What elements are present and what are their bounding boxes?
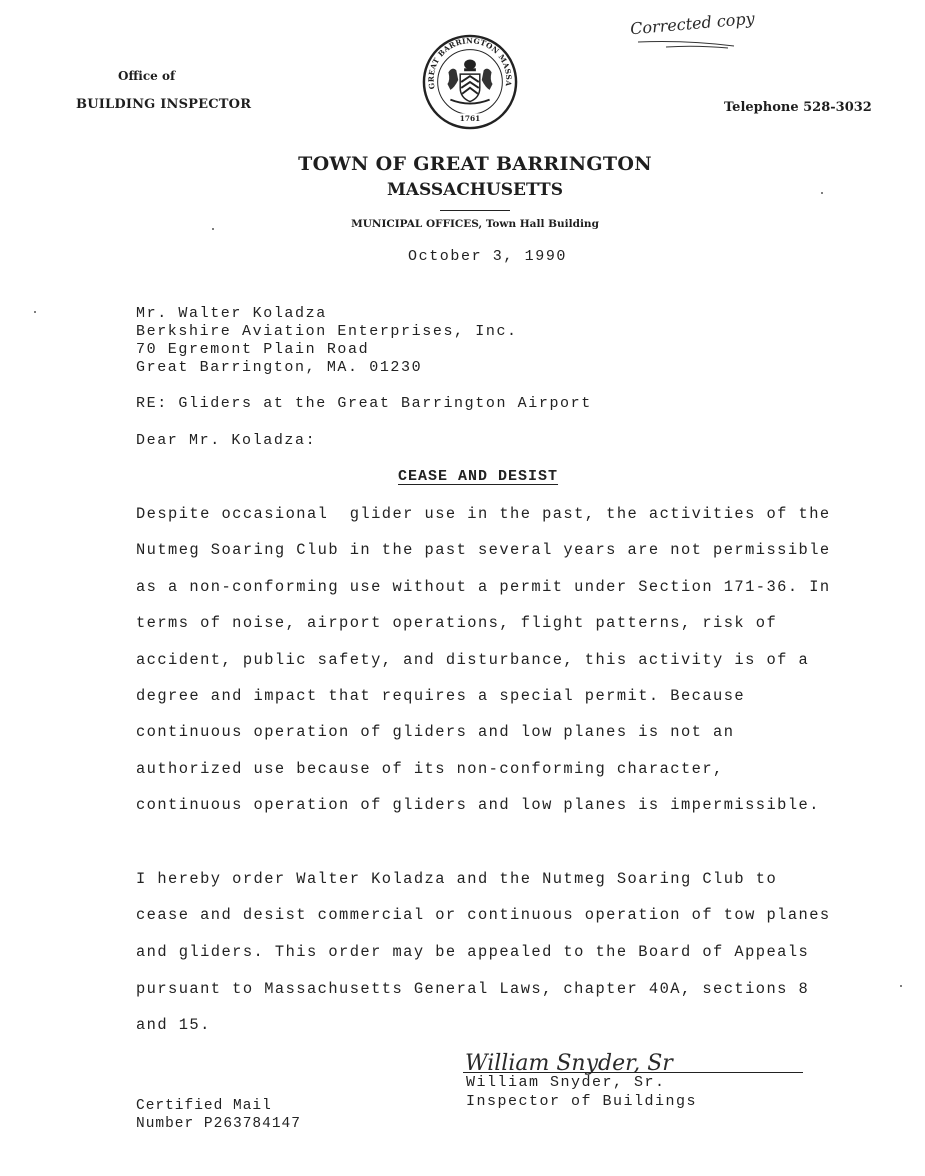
body-line: pursuant to Massachusetts General Laws, … [136, 980, 809, 998]
address-line: Mr. Walter Koladza [136, 305, 518, 323]
handwritten-note: Corrected copy [629, 9, 755, 39]
address-line: Berkshire Aviation Enterprises, Inc. [136, 323, 518, 341]
town-name: TOWN OF GREAT BARRINGTON [0, 153, 925, 175]
body-line: Nutmeg Soaring Club in the past several … [136, 541, 831, 559]
address-line: Great Barrington, MA. 01230 [136, 359, 518, 377]
address-line: 70 Egremont Plain Road [136, 341, 518, 359]
signer-title: Inspector of Buildings [466, 1093, 697, 1110]
scan-speck [821, 192, 823, 194]
body-line: continuous operation of gliders and low … [136, 796, 820, 814]
state-name: MASSACHUSETTS [0, 180, 925, 200]
seal-year: 1761 [460, 114, 480, 123]
body-line: authorized use because of its non-confor… [136, 760, 724, 778]
letter-date: October 3, 1990 [408, 248, 567, 265]
signer-name: William Snyder, Sr. [466, 1074, 666, 1091]
scan-speck [900, 985, 902, 987]
telephone-number: Telephone 528-3032 [724, 100, 872, 115]
town-seal-icon: TOWN OF GREAT BARRINGTON MASSACHUSETTS 1… [421, 33, 519, 131]
scan-speck [34, 311, 36, 313]
recipient-address: Mr. Walter Koladza Berkshire Aviation En… [136, 305, 518, 377]
re-line: RE: Gliders at the Great Barrington Airp… [136, 395, 592, 413]
body-line: accident, public safety, and disturbance… [136, 651, 809, 669]
body-line: degree and impact that requires a specia… [136, 687, 745, 705]
body-line: terms of noise, airport operations, flig… [136, 614, 777, 632]
delivery-method: Certified Mail [136, 1098, 272, 1114]
scan-speck [212, 228, 214, 230]
body-line: Despite occasional glider use in the pas… [136, 505, 831, 523]
body-line: and gliders. This order may be appealed … [136, 943, 809, 961]
body-line: and 15. [136, 1016, 211, 1034]
body-line: as a non-conforming use without a permit… [136, 578, 831, 596]
note-underline [636, 38, 756, 58]
certified-mail-number: Number P263784147 [136, 1116, 301, 1132]
municipal-offices: MUNICIPAL OFFICES, Town Hall Building [0, 218, 925, 230]
signature-line [463, 1072, 803, 1073]
body-line: I hereby order Walter Koladza and the Nu… [136, 870, 777, 888]
office-name: BUILDING INSPECTOR [76, 97, 251, 112]
salutation: Dear Mr. Koladza: [136, 432, 316, 450]
subject-heading: CEASE AND DESIST [398, 468, 558, 485]
body-line: continuous operation of gliders and low … [136, 723, 734, 741]
body-line: cease and desist commercial or continuou… [136, 906, 831, 924]
office-prefix: Office of [118, 69, 175, 83]
title-divider [440, 210, 510, 211]
